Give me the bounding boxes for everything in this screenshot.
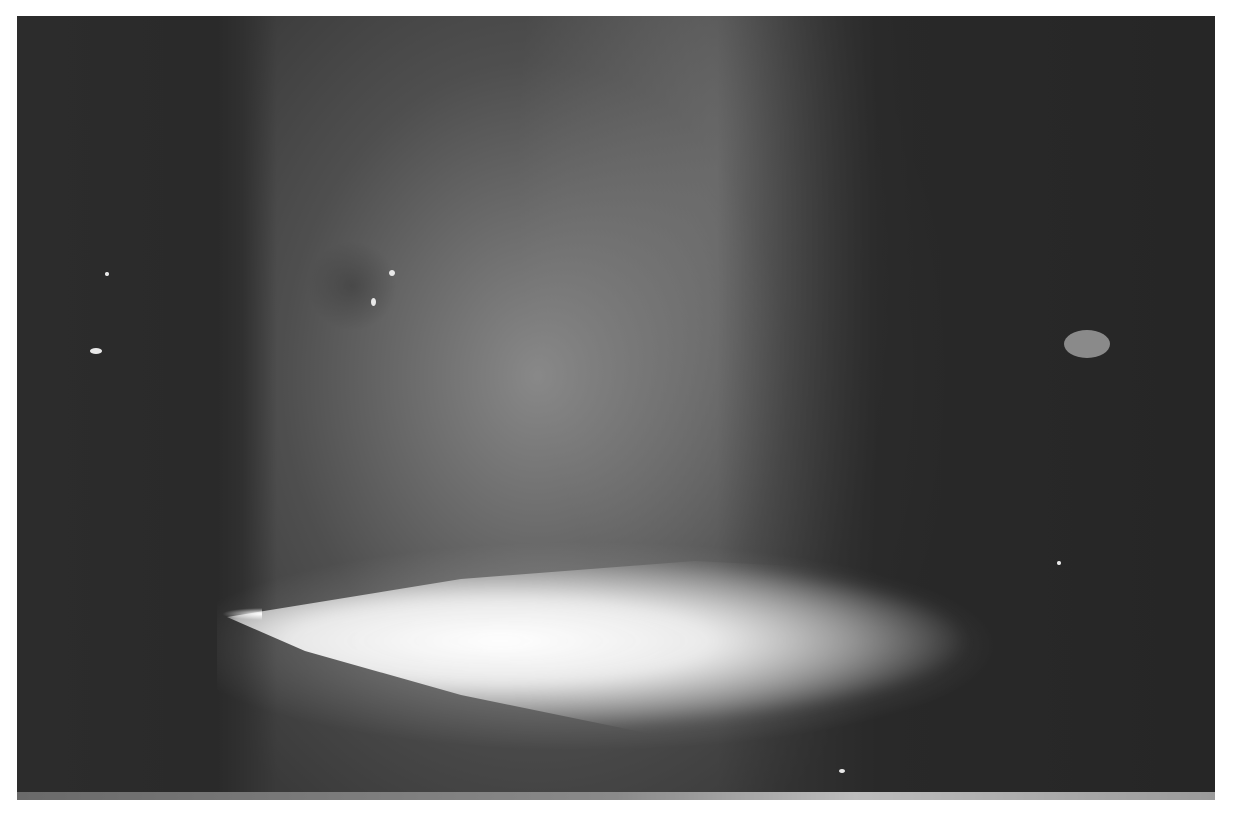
- light-blob: [1064, 330, 1110, 358]
- speck: [90, 348, 102, 354]
- photograph: [17, 16, 1215, 800]
- speck: [389, 270, 395, 276]
- plume-origin: [222, 608, 262, 620]
- film-edge: [17, 792, 1215, 800]
- speck: [371, 298, 376, 306]
- speck: [1057, 561, 1061, 565]
- speck: [105, 272, 109, 276]
- speck: [839, 769, 845, 773]
- dark-smudge: [307, 241, 397, 331]
